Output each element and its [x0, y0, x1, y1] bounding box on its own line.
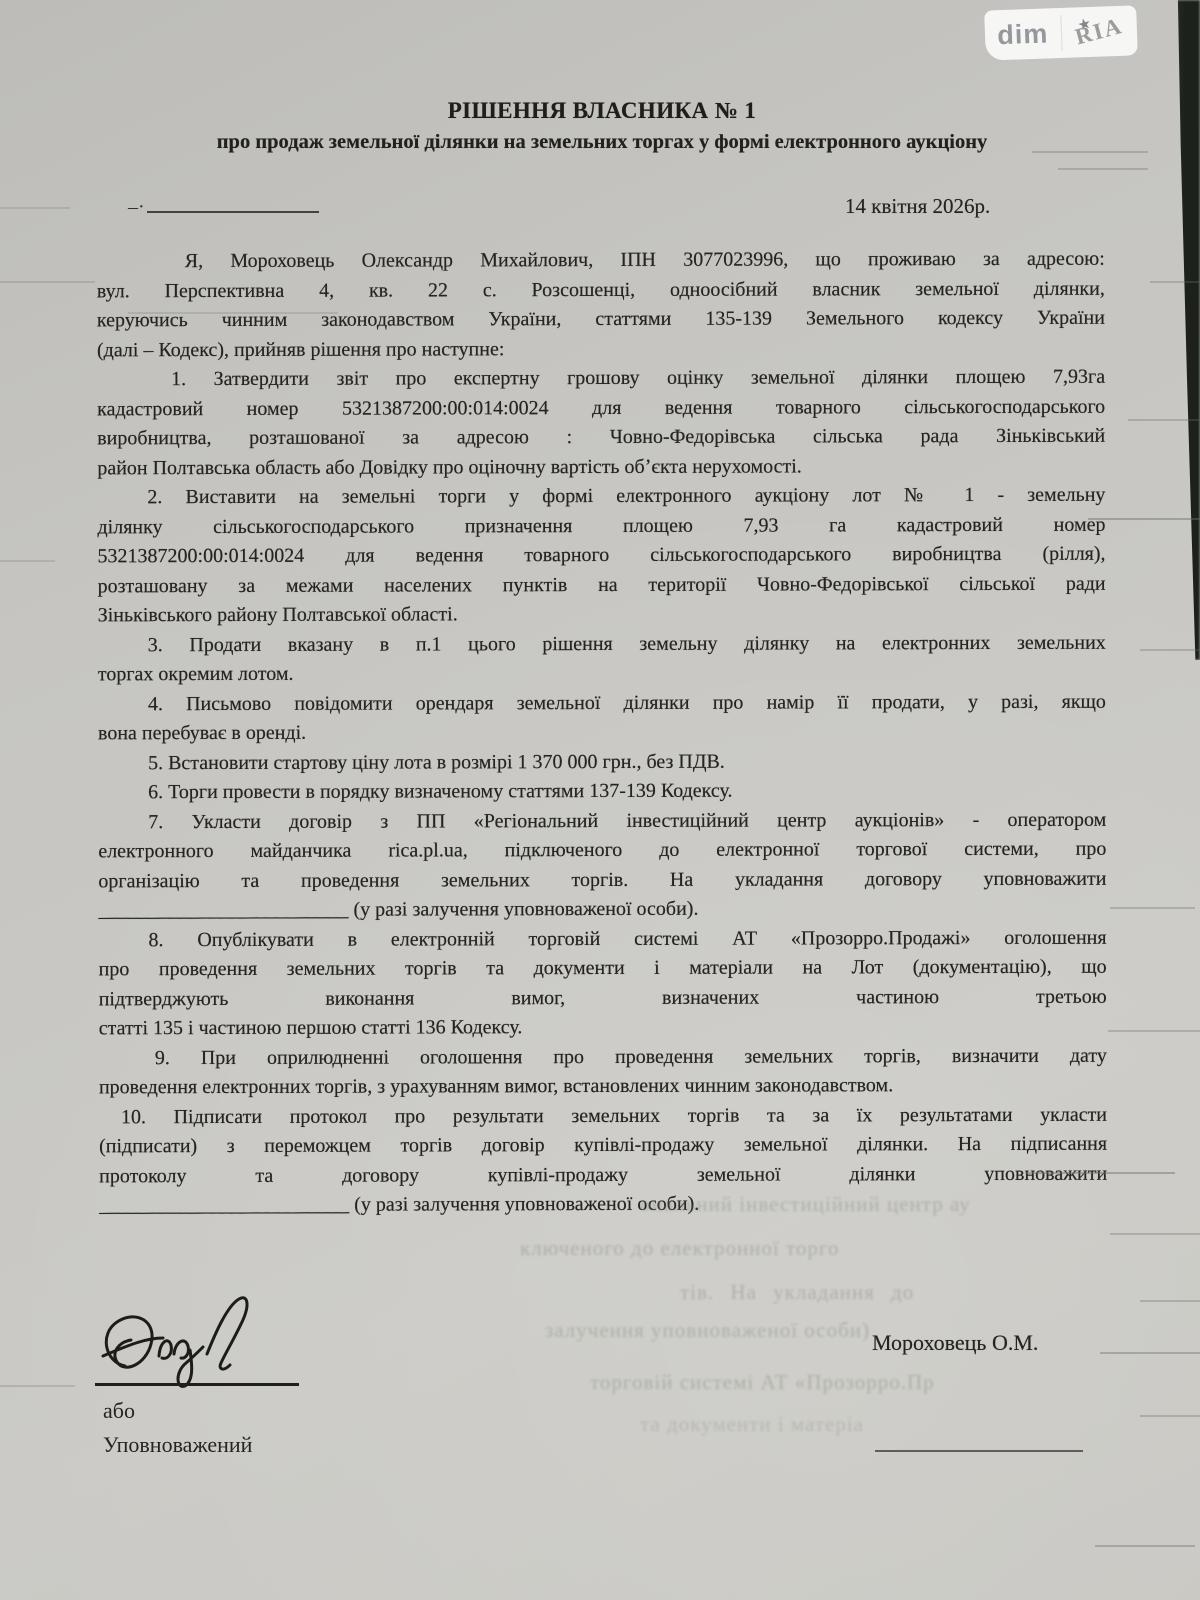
pen-stroke-artifact: [1169, 1090, 1200, 1178]
text-line: 8. Опублікувати в електронній торговій с…: [99, 923, 1107, 955]
signature-or-label: або: [103, 1398, 135, 1424]
dim-ria-watermark: dim ★ RIA: [984, 5, 1138, 60]
text-line: виробництва, розташованої за адресою : Ч…: [97, 422, 1105, 454]
text-line: район Полтавська область або Довідку про…: [97, 451, 1105, 483]
text-line: керуючись чинним законодавством України,…: [97, 304, 1105, 336]
scan-artifact-line: [0, 207, 70, 209]
scan-artifact-line: [1032, 151, 1148, 153]
scan-artifact-line: [0, 560, 55, 562]
document-date: 14 квітня 2026р.: [845, 194, 990, 219]
text-line: розташовану за межами населених пунктів …: [98, 569, 1106, 601]
paragraph-p3: 3. Продати вказану в п.1 цього рішення з…: [98, 628, 1106, 690]
document-title: РІШЕННЯ ВЛАСНИКА № 1: [96, 98, 1108, 124]
paragraph-p2: 2. Виставити на земельні торги у формі е…: [97, 481, 1105, 631]
text-line: про проведення земельних торгів та докум…: [99, 953, 1107, 985]
scan-artifact-line: [1140, 1415, 1200, 1417]
text-line: 5321387200:00:014:0024 для ведення товар…: [97, 540, 1105, 572]
text-line: кадастровий номер 5321387200:00:014:0024…: [97, 392, 1105, 424]
scan-artifact-line: [0, 281, 95, 283]
dim-logo: dim: [985, 18, 1062, 52]
signature-authorized-label: Уповноважений: [103, 1432, 252, 1458]
text-line: 4. Письмово повідомити орендаря земельно…: [98, 687, 1106, 719]
text-line: 3. Продати вказану в п.1 цього рішення з…: [98, 628, 1106, 660]
text-line: (далі – Кодекс), прийняв рішення про нас…: [97, 333, 1105, 365]
paragraph-p9: 9. При оприлюдненні оголошення про прове…: [99, 1041, 1107, 1103]
signature-underline: [95, 1383, 299, 1386]
dash-mark: –·: [128, 196, 145, 218]
text-line: електронного майданчика rica.pl.ua, підк…: [98, 835, 1106, 867]
text-line: 2. Виставити на земельні торги у формі е…: [97, 481, 1105, 513]
scan-artifact-line: [128, 312, 338, 314]
text-line: Зіньківського району Полтавської області…: [98, 599, 1106, 631]
handwritten-signature: [95, 1292, 310, 1390]
reference-dash-line: –·: [128, 196, 319, 219]
text-line: 6. Торги провести в порядку визначеному …: [98, 776, 1106, 808]
paragraph-p8: 8. Опублікувати в електронній торговій с…: [99, 923, 1107, 1044]
scan-artifact-line: [1088, 518, 1200, 520]
bleedthrough-text: тів. На укладання до: [680, 1280, 914, 1305]
bleedthrough-text: ональний інвестиційний центр ау: [640, 1192, 971, 1217]
document-page: dim ★ RIA РІШЕННЯ ВЛАСНИКА № 1 про прода…: [0, 0, 1200, 1600]
text-line: торгах окремим лотом.: [98, 658, 1106, 690]
paragraph-intro: Я, Мороховець Олександр Михайлович, ІПН …: [97, 245, 1105, 366]
scan-artifact-line: [1095, 1545, 1195, 1547]
document-subtitle: про продаж земельної ділянки на земельни…: [96, 131, 1108, 154]
scan-artifact-line: [1025, 1172, 1175, 1174]
text-line: Я, Мороховець Олександр Михайлович, ІПН …: [97, 245, 1105, 277]
paragraph-p5: 5. Встановити стартову ціну лота в розмі…: [98, 746, 1106, 778]
text-line: вона перебуває в оренді.: [98, 717, 1106, 749]
text-line: 7. Укласти договір з ПП «Регіональний ін…: [98, 805, 1106, 837]
document-body: Я, Мороховець Олександр Михайлович, ІПН …: [97, 245, 1108, 1221]
scan-artifact-line: [1150, 281, 1200, 283]
scan-artifact-line: [1058, 168, 1148, 170]
scan-artifact-line: [1140, 1300, 1200, 1302]
text-line: 1. Затвердити звіт про експертну грошову…: [97, 363, 1105, 395]
paragraph-p1: 1. Затвердити звіт про експертну грошову…: [97, 363, 1105, 484]
text-line: 10. Підписати протокол про результати зе…: [99, 1100, 1107, 1132]
bleedthrough-text: ключеного до електронної торго: [520, 1236, 840, 1261]
scan-artifact-line: [0, 1385, 75, 1387]
signatory-signature-line: [875, 1450, 1083, 1452]
text-line: ділянку сільськогосподарського призначен…: [97, 510, 1105, 542]
scan-artifact-line: [1108, 1030, 1200, 1032]
paragraph-p4: 4. Письмово повідомити орендаря земельно…: [98, 687, 1106, 749]
bleedthrough-text: та документи і матеріа: [640, 1412, 864, 1437]
text-line: вул. Перспективна 4, кв. 22 с. Розсошенц…: [97, 274, 1105, 306]
text-line: статті 135 і частиною першою статті 136 …: [99, 1012, 1107, 1044]
text-line: 9. При оприлюдненні оголошення про прове…: [99, 1041, 1107, 1073]
text-line: протоколу та договору купівлі-продажу зе…: [99, 1159, 1107, 1191]
scan-artifact-line: [1140, 649, 1200, 651]
bleedthrough-text: залучення уповноваженої особи): [545, 1318, 870, 1343]
photo-background-edge: [1154, 0, 1200, 660]
ria-logo: ★ RIA: [1061, 17, 1137, 46]
paragraph-p6: 6. Торги провести в порядку визначеному …: [98, 776, 1106, 808]
scan-artifact-line: [1128, 419, 1200, 421]
paragraph-p7: 7. Укласти договір з ПП «Регіональний ін…: [98, 805, 1106, 926]
bleedthrough-text: торговій системі АТ «Прозорро.Пр: [590, 1370, 935, 1395]
text-line: організацію та проведення земельних торг…: [98, 864, 1106, 896]
signatory-name: Мороховець О.М.: [872, 1330, 1038, 1356]
blank-underline: [147, 211, 319, 213]
scan-artifact-line: [1110, 1233, 1200, 1235]
text-line: _________________________ (у разі залуче…: [98, 894, 1106, 926]
text-line: підтверджують виконання вимог, визначени…: [99, 982, 1107, 1014]
scan-artifact-line: [1100, 1352, 1200, 1354]
text-line: 5. Встановити стартову ціну лота в розмі…: [98, 746, 1106, 778]
scan-artifact-line: [1110, 907, 1195, 909]
text-line: (підписати) з переможцем торгів договір …: [99, 1130, 1107, 1162]
text-line: проведення електронних торгів, з урахува…: [99, 1071, 1107, 1103]
